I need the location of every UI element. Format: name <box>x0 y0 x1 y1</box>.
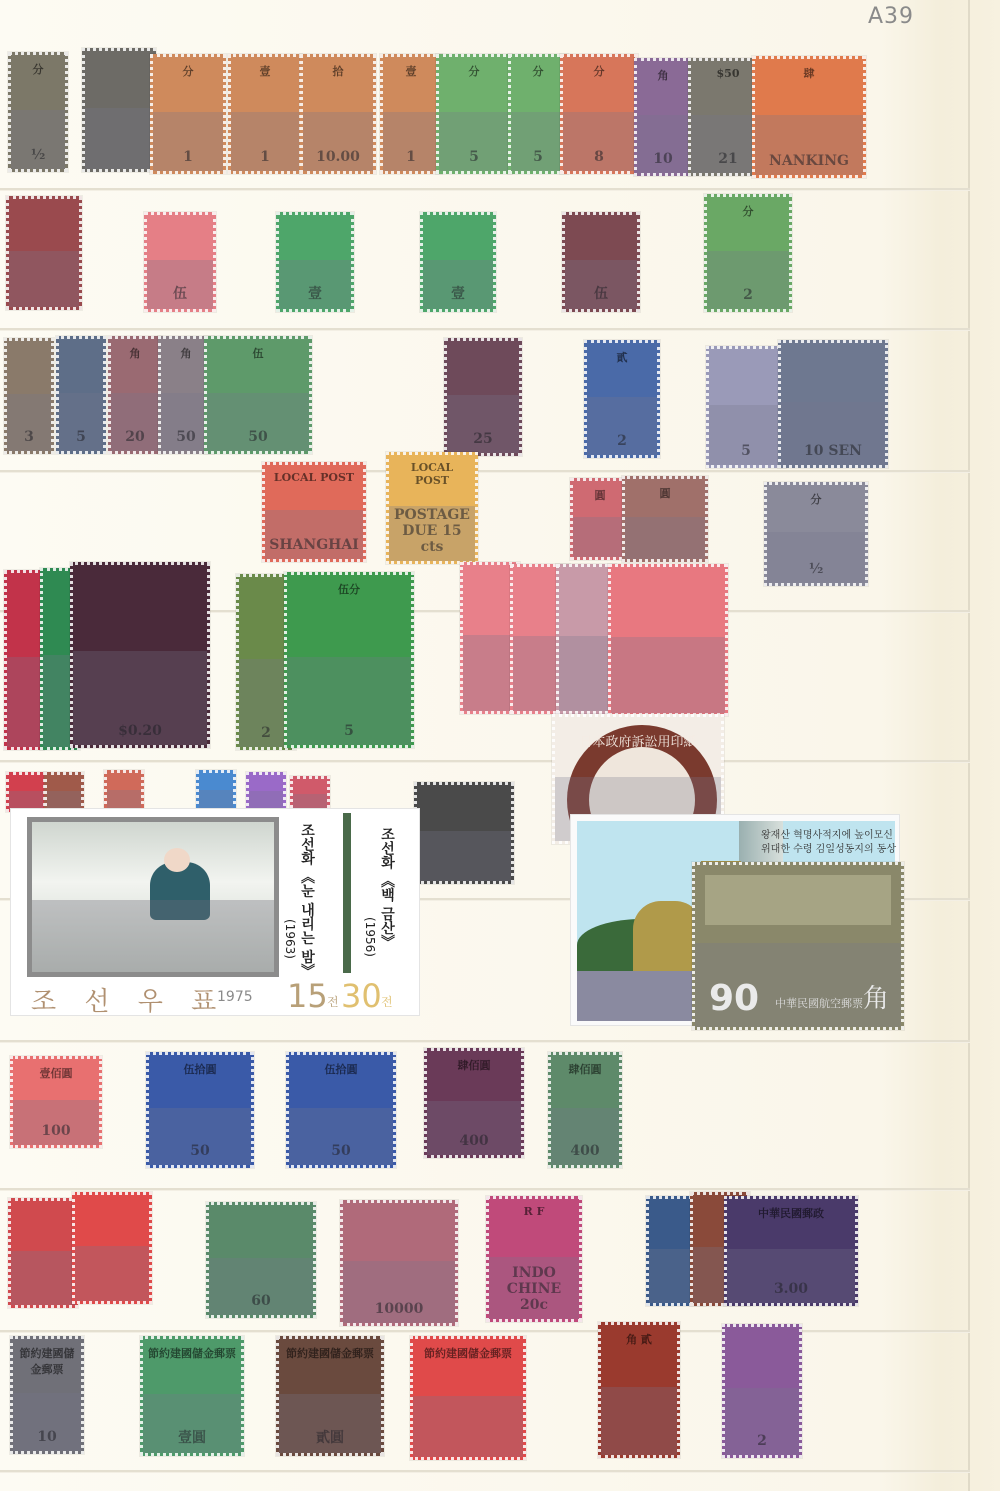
stamp-value: 3 <box>11 429 47 445</box>
album-strip <box>0 1040 970 1043</box>
stamp[interactable]: 60 <box>206 1202 316 1318</box>
stamp-label: 分 <box>567 63 631 79</box>
stamp-value: 1 <box>235 149 295 165</box>
album-strip <box>0 188 970 191</box>
stamp-label: LOCAL POST <box>393 461 471 487</box>
stamp[interactable]: 分2 <box>704 194 792 312</box>
stamp-value: 10000 <box>347 1301 451 1317</box>
country-name: 조 선 우 표 <box>31 981 226 1018</box>
stamp-value: 2 <box>243 725 289 741</box>
korea-souvenir-sheet-1[interactable]: 조선화 《눈 내리는 밤》 (1963) 조선화 《백 금산》 (1956) 조… <box>10 808 420 1016</box>
stamp[interactable]: 節約建國儲金郵票壹圓 <box>140 1336 244 1456</box>
stamp-label: 角 <box>641 67 685 83</box>
stamp[interactable]: 節約建國儲金郵票貳圓 <box>276 1336 384 1456</box>
stamp[interactable]: 圓 <box>570 478 630 560</box>
stamp[interactable]: 壹1 <box>228 54 302 174</box>
stamp[interactable] <box>82 48 156 172</box>
stamp-value: 壹圓 <box>147 1427 237 1447</box>
caption-line-1: 왕재산 혁명사적지에 높이모신 <box>761 829 896 843</box>
stamp[interactable]: 角 貳 <box>598 1322 680 1458</box>
stamp-value: 2 <box>711 287 785 303</box>
stamp[interactable]: 壹1 <box>380 54 442 174</box>
stamp[interactable]: 分1 <box>150 54 226 174</box>
unit-2: 전 <box>381 993 393 1010</box>
stamp[interactable]: 壹 <box>276 212 354 312</box>
stamp-value: 20 <box>115 429 155 445</box>
stamp[interactable]: 5 <box>706 346 786 468</box>
stamp-value: 5 <box>63 429 99 445</box>
stamp[interactable]: 節約建國儲金郵票10 <box>10 1336 84 1454</box>
stamp-label: 肆佰圓 <box>431 1057 517 1073</box>
painting-snow-night <box>27 817 279 977</box>
album-strip <box>0 470 970 473</box>
stamp-label: 節約建國儲金郵票 <box>283 1345 377 1361</box>
stamp-label: 節約建國儲金郵票 <box>17 1345 77 1377</box>
stamp-label: 圓 <box>577 487 623 503</box>
stamp-label: 壹 <box>235 63 295 79</box>
korea-stamp-2: 조선화 《백 금산》 (1956) <box>343 813 415 973</box>
stamp-value: 伍 <box>569 283 633 303</box>
stamp[interactable]: 角20 <box>108 336 162 454</box>
stamp-label: 肆佰圓 <box>555 1061 615 1077</box>
stamp-value: 50 <box>293 1143 389 1159</box>
stamp[interactable]: 分8 <box>560 54 638 174</box>
stamp-label: 節約建國儲金郵票 <box>147 1345 237 1361</box>
stamp-label: 節約建國儲金郵票 <box>417 1345 519 1361</box>
stamp[interactable] <box>104 770 144 812</box>
stamp-value: 2 <box>591 433 653 449</box>
stamp-value: SHANGHAI <box>269 537 359 553</box>
stamp-label: 中華民國郵政 <box>731 1205 851 1221</box>
stamp-value: $0.20 <box>77 723 203 739</box>
stamp-value: 10.00 <box>307 149 369 165</box>
stamp[interactable]: 貳2 <box>584 340 660 458</box>
album-strip <box>0 328 970 331</box>
stamp[interactable] <box>4 570 44 750</box>
stamp-label: R F <box>493 1205 575 1218</box>
stamp[interactable]: 中華民國郵政3.00 <box>724 1196 858 1306</box>
stamp-label: 分 <box>771 491 861 507</box>
stamp-label: LOCAL POST <box>269 471 359 484</box>
stamp-value: 2 <box>729 1433 795 1449</box>
stamp[interactable]: 2 <box>722 1324 802 1458</box>
stamp[interactable]: 角10 <box>634 58 692 176</box>
stamp-value: 5 <box>515 149 561 165</box>
stamp-value: 貳圓 <box>283 1427 377 1447</box>
album-strip <box>0 1330 970 1333</box>
stamp-value: 伍 <box>151 283 209 303</box>
stamp-value: 3.00 <box>731 1281 851 1297</box>
stamp[interactable]: 分5 <box>508 54 568 174</box>
stamp-value: 50 <box>165 429 207 445</box>
stamp-value: 壹 <box>427 283 489 303</box>
value-1: 15 <box>287 977 328 1015</box>
stamp[interactable]: 伍拾圓50 <box>286 1052 396 1168</box>
stamp-label: 伍 <box>211 345 305 361</box>
stamp-label: 分 <box>157 63 219 79</box>
stamp-value: 10 <box>17 1429 77 1445</box>
stamp[interactable]: 5 <box>56 336 106 454</box>
caption-line-2: 위대한 수령 김일성동지의 동상 <box>761 843 896 857</box>
stamp-label: 分 <box>515 63 561 79</box>
stamp[interactable]: 分½ <box>764 482 868 586</box>
stamp-value: 壹 <box>283 283 347 303</box>
airmail-value: 90 <box>709 978 759 1019</box>
stamp-value: NANKING <box>759 153 859 169</box>
stamp-value: 50 <box>153 1143 247 1159</box>
stamp[interactable]: 伍50 <box>204 336 312 454</box>
stamp[interactable]: $0.20 <box>70 562 210 748</box>
stamp[interactable]: 10000 <box>340 1200 458 1326</box>
stamp-label: 壹 <box>387 63 435 79</box>
stamp-value: 50 <box>211 429 305 445</box>
stamp[interactable]: 伍拾圓50 <box>146 1052 254 1168</box>
stamp[interactable]: LOCAL POSTSHANGHAI <box>262 462 366 562</box>
stamp[interactable]: LOCAL POSTPOSTAGE DUE 15 cts <box>386 452 478 564</box>
stamp[interactable]: 肆佰圓400 <box>548 1052 622 1168</box>
stamp[interactable] <box>44 772 84 812</box>
stamp[interactable] <box>414 782 514 884</box>
stamp[interactable]: 圓 <box>622 476 708 562</box>
stamp[interactable]: 拾10.00 <box>300 54 376 174</box>
stamp-label: 肆 <box>759 65 859 81</box>
value-2: 30 <box>341 977 382 1015</box>
stamp[interactable] <box>196 770 236 812</box>
caption-1: 조선화 《눈 내리는 밤》 <box>297 823 317 978</box>
stamp-label: 分 <box>711 203 785 219</box>
stamp-label: 伍分 <box>291 581 407 597</box>
stamp-value: 100 <box>17 1123 95 1139</box>
japan-round-text: 日本政府訴訟用印紙 <box>559 731 717 750</box>
stamp[interactable] <box>556 564 616 714</box>
stamp[interactable]: 壹 <box>420 212 496 312</box>
stamp-label: 伍拾圓 <box>293 1061 389 1077</box>
stamp-value: 10 <box>641 151 685 167</box>
stamp-value: 5 <box>713 443 779 459</box>
stamp-label: 拾 <box>307 63 369 79</box>
stamp[interactable]: 分5 <box>436 54 512 174</box>
stamp[interactable] <box>608 564 728 716</box>
stamp-label: 角 <box>115 345 155 361</box>
stamp-label: 伍拾圓 <box>153 1061 247 1077</box>
album-strip <box>0 1188 970 1191</box>
album-page: A39 分½分1壹1拾10.00壹1分5分5分8角10$5021肆NANKING… <box>0 0 1000 1491</box>
stamp-value: 60 <box>213 1293 309 1309</box>
stamp-label: 角 貳 <box>605 1331 673 1347</box>
stamp[interactable]: 伍分5 <box>284 572 414 748</box>
caption-year-2: (1956) <box>363 917 377 957</box>
stamp[interactable]: 肆佰圓400 <box>424 1048 524 1158</box>
stamp-label: 分 <box>15 61 61 77</box>
issue-year: 1975 <box>217 989 253 1005</box>
stamp-label: 分 <box>443 63 505 79</box>
stamp-value: 1 <box>387 149 435 165</box>
stamp-value: 10 SEN <box>785 443 881 459</box>
stamp-airmail-90[interactable]: 90 角 中華民國航空郵票 <box>692 862 904 1030</box>
stamp[interactable]: 壹佰圓100 <box>10 1056 102 1148</box>
stamp-value: 25 <box>451 431 515 447</box>
stamp-label: 貳 <box>591 349 653 365</box>
stamp[interactable]: 節約建國儲金郵票 <box>410 1336 526 1460</box>
unit-1: 전 <box>327 993 339 1010</box>
page-edge <box>968 0 970 1491</box>
stamp[interactable] <box>8 1198 78 1308</box>
stamp[interactable]: 伍 <box>144 212 216 312</box>
stamp-value: 5 <box>443 149 505 165</box>
stamp[interactable]: 25 <box>444 338 522 456</box>
stamp-label: 壹佰圓 <box>17 1065 95 1081</box>
stamp-value: POSTAGE DUE 15 cts <box>393 507 471 555</box>
airmail-text: 中華民國航空郵票 <box>775 995 863 1011</box>
stamp-value: ½ <box>15 147 61 163</box>
stamp[interactable] <box>246 772 286 812</box>
stamp-value: 1 <box>157 149 219 165</box>
stamp-value: ½ <box>771 561 861 577</box>
stamp[interactable]: 伍 <box>562 212 640 312</box>
album-strip <box>0 760 970 763</box>
stamp-value: 400 <box>555 1143 615 1159</box>
stamp[interactable]: R FINDO CHINE 20c <box>486 1196 582 1322</box>
stamp[interactable]: 10 SEN <box>778 340 888 468</box>
stamp-label: 角 <box>165 345 207 361</box>
stamp[interactable] <box>72 1192 152 1304</box>
stamp[interactable]: 肆NANKING <box>752 56 866 178</box>
page-code: A39 <box>868 4 914 29</box>
stamp-value: 400 <box>431 1133 517 1149</box>
caption-year-1: (1963) <box>283 919 297 959</box>
stamp-value: INDO CHINE 20c <box>493 1265 575 1313</box>
airmail-unit: 角 <box>863 978 889 1015</box>
korea-stamp-footer <box>577 971 707 1021</box>
stamp[interactable] <box>6 772 46 812</box>
album-strip <box>0 1470 970 1473</box>
stamp[interactable] <box>6 196 82 310</box>
stamp-value: 8 <box>567 149 631 165</box>
caption-2: 조선화 《백 금산》 <box>377 827 397 949</box>
stamp[interactable]: 3 <box>4 338 54 454</box>
stamp-value: 5 <box>291 723 407 739</box>
stamp[interactable]: 分½ <box>8 52 68 172</box>
stamp-label: 圓 <box>629 485 701 501</box>
